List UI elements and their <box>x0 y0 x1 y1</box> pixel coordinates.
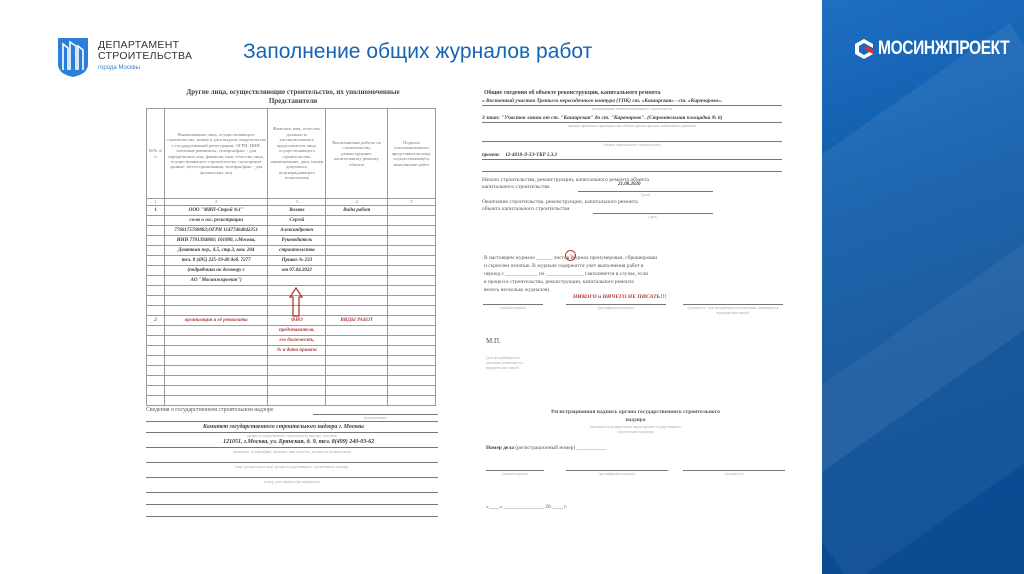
header-cell: Выполняемые работы по строительству, рек… <box>326 109 388 199</box>
table-cell <box>164 346 268 356</box>
stamp-label: М.П. <box>486 338 501 345</box>
department-logo: ДЕПАРТАМЕНТ СТРОИТЕЛЬСТВА города Москвы <box>56 36 192 78</box>
column-number: 3 <box>268 199 326 206</box>
signature-line <box>486 470 544 471</box>
underline <box>482 141 782 142</box>
up-arrow-icon <box>289 287 303 317</box>
table-row: 7760175768882;ОГРН 11477464842251Алексан… <box>147 226 436 236</box>
registration-title: надзора <box>478 417 793 424</box>
journal-page-right: Общие сведения об объекте реконструкции,… <box>478 88 793 528</box>
caption: краткие проектные характеристики объекта… <box>482 124 782 128</box>
table-cell <box>326 306 388 316</box>
caption: (заполняется должностным лицом органа го… <box>478 425 793 429</box>
table-cell: ВИДЫ РАБОТ <box>326 316 388 326</box>
table-cell <box>164 396 268 406</box>
table-cell: Приказ № 233 <box>268 256 326 266</box>
table-cell: св-во о гос. регистрации <box>164 216 268 226</box>
slide-title: Заполнение общих журналов работ <box>243 40 592 64</box>
table-cell <box>268 396 326 406</box>
table-cell <box>147 286 165 296</box>
table-cell <box>147 276 165 286</box>
department-logo-line3: города Москвы <box>98 63 192 74</box>
underline <box>146 432 438 433</box>
table-cell <box>147 246 165 256</box>
case-number-line: Номер дела (регистрационный номер) _____… <box>486 445 606 452</box>
underline <box>146 462 438 463</box>
table-row: 1ООО "МИП-Строй №1"ВолковВиды работ <box>147 206 436 216</box>
table-row: № и дата приказа <box>147 346 436 356</box>
table-cell <box>326 326 388 336</box>
underline <box>482 105 782 106</box>
left-doc-title: Другие лица, осуществляющие строительств… <box>143 88 443 106</box>
caption: строительного надзора) <box>478 430 793 434</box>
table-cell <box>388 206 436 216</box>
table-cell: 2 <box>147 316 165 326</box>
table-cell <box>388 376 436 386</box>
journal-text: период с ____________ по ______________ … <box>484 271 648 278</box>
brand-panel: МОСИНЖПРОЕКТ 4 <box>822 0 1024 574</box>
table-cell <box>147 236 165 246</box>
table-cell <box>388 286 436 296</box>
underline <box>482 122 782 123</box>
caption: номер, дата приказа (распоряжения) <box>146 480 438 484</box>
underline <box>482 159 782 160</box>
table-row <box>147 396 436 406</box>
table-row: его должность, <box>147 336 436 346</box>
table-cell <box>388 296 436 306</box>
table-cell <box>326 336 388 346</box>
table-cell <box>147 266 165 276</box>
header-cell: №№ п/п <box>147 109 165 199</box>
caption: (должность - для застройщика или заказчи… <box>683 306 783 316</box>
journal-text: и скреплен печатью. В журнале содержится… <box>484 263 643 270</box>
table-cell <box>147 326 165 336</box>
table-cell <box>326 376 388 386</box>
supervision-label: Сведения о государственном строительном … <box>146 407 274 414</box>
underline <box>578 191 713 192</box>
table-cell <box>326 216 388 226</box>
department-logo-line2: СТРОИТЕЛЬСТВА <box>98 51 192 62</box>
table-cell <box>147 256 165 266</box>
caption: объекта капитального строительства) <box>482 143 782 147</box>
table-cell <box>164 366 268 376</box>
supervision-body: Комитет государственного строительного н… <box>203 424 364 431</box>
table-cell: ИНН 7701394860; 101000, г.Москва, <box>164 236 268 246</box>
underline <box>593 213 713 214</box>
table-cell: Сергей <box>268 216 326 226</box>
table-row: Девяткин пер., д.5, стр.3, ком. 204строи… <box>147 246 436 256</box>
left-doc-title-line1: Другие лица, осуществляющие строительств… <box>143 88 443 97</box>
table-row: представителя, <box>147 326 436 336</box>
table-cell <box>388 266 436 276</box>
table-cell <box>164 306 268 316</box>
start-date: 21.08.2020 <box>618 181 641 188</box>
table-cell <box>268 276 326 286</box>
caption: (наименование <box>313 416 438 420</box>
table-cell: Руководитель <box>268 236 326 246</box>
table-row <box>147 386 436 396</box>
caption: (дата) <box>578 193 713 197</box>
table-cell: 7760175768882;ОГРН 11477464842251 <box>164 226 268 236</box>
table-cell: 1 <box>147 206 165 216</box>
caption: (расшифровка подписи) <box>566 306 666 310</box>
table-cell <box>164 356 268 366</box>
department-emblem-icon <box>56 36 90 78</box>
table-cell <box>268 386 326 396</box>
table-cell <box>388 236 436 246</box>
table-cell <box>326 276 388 286</box>
case-suffix: (регистрационный номер) ___________ <box>515 445 606 451</box>
table-cell <box>326 346 388 356</box>
table-cell <box>147 376 165 386</box>
table-cell <box>164 386 268 396</box>
table-cell <box>388 256 436 266</box>
column-number: 1 <box>147 199 165 206</box>
table-cell <box>388 276 436 286</box>
table-cell: Девяткин пер., д.5, стр.3, ком. 204 <box>164 246 268 256</box>
table-cell <box>164 376 268 386</box>
table-cell: тел. 8 (495) 225-19-40 доб. 7277 <box>164 256 268 266</box>
table-cell: представителя, <box>268 326 326 336</box>
table-row: тел. 8 (495) 225-19-40 доб. 7277Приказ №… <box>147 256 436 266</box>
table-cell <box>164 326 268 336</box>
stamp-note-line: юридическим лицом) <box>486 366 523 371</box>
table-cell <box>268 356 326 366</box>
underline <box>146 447 438 448</box>
table-header-row: №№ п/п Наименование лица, осуществляющег… <box>147 109 436 199</box>
table-cell <box>164 296 268 306</box>
underline <box>146 504 438 505</box>
table-cell <box>326 246 388 256</box>
table-cell <box>147 346 165 356</box>
header-cell: Фамилия, имя, отчество, должность уполно… <box>268 109 326 199</box>
table-cell: его должность, <box>268 336 326 346</box>
table-cell <box>268 376 326 386</box>
table-cell <box>147 396 165 406</box>
table-cell <box>326 366 388 376</box>
column-number: 5 <box>388 199 436 206</box>
table-cell <box>388 366 436 376</box>
caption: (расшифровка подписи) <box>566 472 668 476</box>
journal-page-left: Другие лица, осуществляющие строительств… <box>143 84 443 534</box>
column-number-row: 1 2 3 4 5 <box>147 199 436 206</box>
table-row: св-во о гос. регистрацииСергей <box>147 216 436 226</box>
underline <box>146 516 438 517</box>
project-label: проект: <box>482 153 500 158</box>
journal-text: в процессе строительства, реконструкции,… <box>484 279 634 286</box>
signature-line <box>483 304 543 305</box>
caption: (личная подпись) <box>486 472 544 476</box>
end-line1: Окончание строительства, реконструкции, … <box>482 199 638 206</box>
registration-title: Регистрационная надпись органа государст… <box>478 409 793 416</box>
mosinzhproekt-mark-icon <box>854 38 874 60</box>
table-cell <box>388 326 436 336</box>
table-cell: Виды работ <box>326 206 388 216</box>
table-row <box>147 366 436 376</box>
table-cell <box>388 336 436 346</box>
underline <box>146 477 438 478</box>
table-cell <box>388 396 436 406</box>
table-cell: Волков <box>268 206 326 216</box>
table-cell: ООО "МИП-Строй №1" <box>164 206 268 216</box>
table-cell <box>326 396 388 406</box>
table-cell <box>147 296 165 306</box>
table-cell <box>388 316 436 326</box>
table-cell <box>268 366 326 376</box>
table-cell <box>147 306 165 316</box>
table-cell <box>326 226 388 236</box>
caption: лица (должностных лиц) органа государств… <box>146 465 438 469</box>
underline <box>146 421 438 422</box>
case-label: Номер дела <box>486 445 514 451</box>
table-cell <box>164 286 268 296</box>
mosinzhproekt-logo: МОСИНЖПРОЕКТ <box>854 38 1024 60</box>
table-cell: Александрович <box>268 226 326 236</box>
representatives-table: №№ п/п Наименование лица, осуществляющег… <box>146 108 436 406</box>
table-cell <box>164 336 268 346</box>
caption: (должность) <box>683 472 785 476</box>
table-cell <box>388 346 436 356</box>
project-code: 12-4018-Л-ЗЭ-ТКР 2.3.3 <box>505 153 557 158</box>
supervision-address: 121051, г.Москва, ул. Брянская, д. 9, те… <box>223 439 374 446</box>
table-cell <box>388 356 436 366</box>
project-line: проект: 12-4018-Л-ЗЭ-ТКР 2.3.3 <box>482 152 557 159</box>
warning-text: НИКОГО и НИЧЕГО НЕ ПИСАТЬ!!! <box>573 294 667 301</box>
table-row <box>147 376 436 386</box>
table-cell: № и дата приказа <box>268 346 326 356</box>
table-cell <box>388 306 436 316</box>
caption: (личная подпись) <box>483 306 543 310</box>
table-cell <box>147 366 165 376</box>
table-cell <box>326 236 388 246</box>
stamp-note: (для застройщика или заказчика, являющег… <box>486 356 523 371</box>
brand-name: МОСИНЖПРОЕКТ <box>878 38 1009 60</box>
underline <box>313 414 438 415</box>
signature-line <box>683 470 785 471</box>
table-cell <box>388 246 436 256</box>
circle-mark: ? <box>565 250 576 261</box>
table-cell <box>147 386 165 396</box>
table-cell <box>147 216 165 226</box>
table-row <box>147 356 436 366</box>
table-cell <box>147 356 165 366</box>
underline <box>482 171 782 172</box>
table-row: (подрядчики по договору сот 07.04.2022 <box>147 266 436 276</box>
signature-line <box>683 304 783 305</box>
table-cell <box>388 386 436 396</box>
table-cell: (подрядчики по договору с <box>164 266 268 276</box>
table-cell: организация и её реквизиты <box>164 316 268 326</box>
caption: (дата) <box>593 215 713 219</box>
table-cell <box>326 296 388 306</box>
header-cell: Наименование лица, осуществляющего строи… <box>164 109 268 199</box>
table-cell <box>147 336 165 346</box>
table-cell <box>326 286 388 296</box>
end-line2: объекта капитального строительства <box>482 206 569 213</box>
table-cell: от 07.04.2022 <box>268 266 326 276</box>
table-cell: строительства <box>268 246 326 256</box>
object-heading: Общие сведения об объекте реконструкции,… <box>484 90 661 97</box>
table-cell <box>326 256 388 266</box>
journal-text: велось несколько журналов). <box>484 287 550 294</box>
signature-line <box>566 304 666 305</box>
object-name: « Восточный участок Третьего пересадочно… <box>482 98 722 105</box>
table-cell: ФИО <box>268 316 326 326</box>
caption: (наименование объекта капитального строи… <box>482 107 782 111</box>
object-stage: 3 этап: "Участок линии от ст. "Каширская… <box>482 115 722 122</box>
header-cell: Подпись уполномоченного представителя ли… <box>388 109 436 199</box>
underline <box>146 492 438 493</box>
table-cell <box>388 226 436 236</box>
table-row: ИНН 7701394860; 101000, г.Москва,Руковод… <box>147 236 436 246</box>
signature-line <box>566 470 668 471</box>
table-cell <box>326 386 388 396</box>
caption: реквизиты, телефон/факс, фамилия, имя, о… <box>146 450 438 454</box>
start-line2: капитального строительства <box>482 184 549 191</box>
column-number: 4 <box>326 199 388 206</box>
table-row: АО "Мосинжпроект") <box>147 276 436 286</box>
table-cell <box>326 356 388 366</box>
table-row: 2организация и её реквизитыФИОВИДЫ РАБОТ <box>147 316 436 326</box>
column-number: 2 <box>164 199 268 206</box>
date-line: «____» _______________ 20 ____ г. <box>486 504 567 511</box>
table-cell <box>326 266 388 276</box>
table-cell: АО "Мосинжпроект") <box>164 276 268 286</box>
table-cell <box>388 216 436 226</box>
table-cell <box>147 226 165 236</box>
left-doc-title-line2: Представители <box>143 97 443 106</box>
caption: органа государственного строительного на… <box>146 434 438 438</box>
